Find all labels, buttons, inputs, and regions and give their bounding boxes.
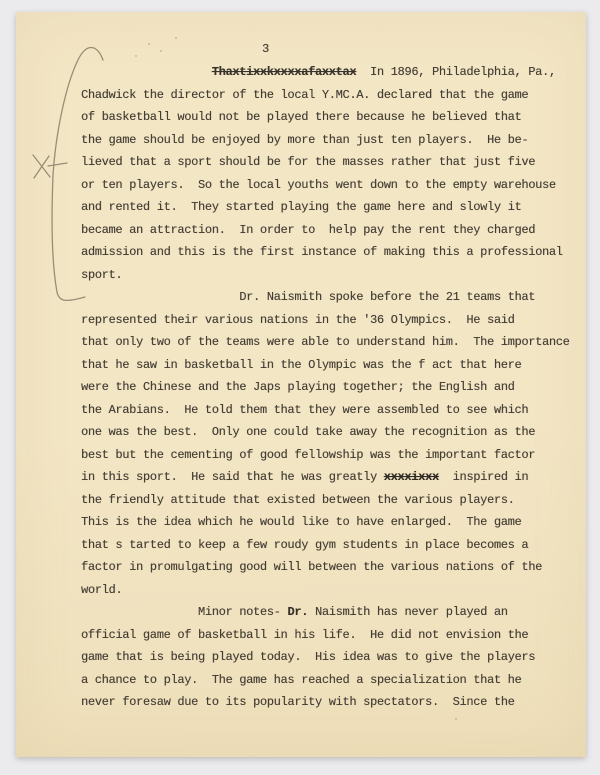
typed-segment: the Arabians. He told them that they wer… — [81, 403, 528, 417]
typed-line: sport. — [81, 264, 581, 287]
typed-segment: sport. — [81, 268, 122, 282]
paper-speck — [175, 37, 177, 39]
typed-segment: world. — [81, 583, 122, 597]
typed-segment: represented their various nations in the… — [81, 313, 515, 327]
typed-segment: factor in promulgating good will between… — [81, 560, 542, 574]
typed-line: that he saw in basketball in the Olympic… — [81, 354, 581, 377]
typed-segment: Chadwick the director of the local Y.MC.… — [81, 88, 528, 102]
typed-line: This is the idea which he would like to … — [81, 511, 581, 534]
typed-line: one was the best. Only one could take aw… — [81, 421, 581, 444]
typed-segment: best but the cementing of good fellowshi… — [81, 448, 535, 462]
typed-segment: lieved that a sport should be for the ma… — [81, 155, 535, 169]
paper-speck — [455, 718, 457, 720]
typed-line: lieved that a sport should be for the ma… — [81, 151, 581, 174]
typed-line: a chance to play. The game has reached a… — [81, 669, 581, 692]
typed-segment: of basketball would not be played there … — [81, 110, 521, 124]
typed-line: or ten players. So the local youths went… — [81, 174, 581, 197]
typed-segment: game that is being played today. His ide… — [81, 650, 535, 664]
paper-speck — [135, 55, 137, 57]
x-mark-tick — [48, 163, 67, 166]
typed-line: became an attraction. In order to help p… — [81, 219, 581, 242]
typed-segment-strike: Thaxtixxkxxxxafaxxtax — [212, 65, 357, 79]
typed-line: Thaxtixxkxxxxafaxxtax In 1896, Philadelp… — [81, 61, 581, 84]
typed-segment: never foresaw due to its popularity with… — [81, 695, 515, 709]
typed-segment: inspired in — [439, 470, 528, 484]
typed-segment: one was the best. Only one could take aw… — [81, 425, 535, 439]
typed-line: the Arabians. He told them that they wer… — [81, 399, 581, 422]
typed-line: game that is being played today. His ide… — [81, 646, 581, 669]
typed-segment: that s tarted to keep a few roudy gym st… — [81, 538, 528, 552]
paper-speck — [160, 50, 162, 52]
typed-line: of basketball would not be played there … — [81, 106, 581, 129]
typed-line: Chadwick the director of the local Y.MC.… — [81, 84, 581, 107]
typed-segment: the friendly attitude that existed betwe… — [81, 493, 515, 507]
typed-line: never foresaw due to its popularity with… — [81, 691, 581, 714]
typed-segment: This is the idea which he would like to … — [81, 515, 521, 529]
typed-line: in this sport. He said that he was great… — [81, 466, 581, 489]
typed-line: that only two of the teams were able to … — [81, 331, 581, 354]
typed-line: that s tarted to keep a few roudy gym st… — [81, 534, 581, 557]
x-mark-stroke-2 — [34, 156, 49, 178]
typed-segment: were the Chinese and the Japs playing to… — [81, 380, 515, 394]
typed-segment: that he saw in basketball in the Olympic… — [81, 358, 521, 372]
typed-line: admission and this is the first instance… — [81, 241, 581, 264]
typed-line: official game of basketball in his life.… — [81, 624, 581, 647]
typed-segment: or ten players. So the local youths went… — [81, 178, 556, 192]
typed-segment: became an attraction. In order to help p… — [81, 223, 535, 237]
typed-segment-xover: xxxxixxx — [384, 470, 439, 484]
typed-text-block: Thaxtixxkxxxxafaxxtax In 1896, Philadelp… — [81, 61, 581, 714]
typed-segment: Dr. Naismith spoke before the 21 teams t… — [239, 290, 535, 304]
document-page: 3 Thaxtixxkxxxxafaxxtax In 1896, Philade… — [16, 12, 586, 757]
typed-line: and rented it. They started playing the … — [81, 196, 581, 219]
typed-line: factor in promulgating good will between… — [81, 556, 581, 579]
typed-segment: the game should be enjoyed by more than … — [81, 133, 528, 147]
typed-line: were the Chinese and the Japs playing to… — [81, 376, 581, 399]
typed-segment: that only two of the teams were able to … — [81, 335, 570, 349]
typed-segment: admission and this is the first instance… — [81, 245, 563, 259]
typed-line: Dr. Naismith spoke before the 21 teams t… — [81, 286, 581, 309]
typed-line: best but the cementing of good fellowshi… — [81, 444, 581, 467]
typed-segment: and rented it. They started playing the … — [81, 200, 521, 214]
typed-segment: Minor notes- — [198, 605, 287, 619]
typed-line: Minor notes- Dr. Naismith has never play… — [81, 601, 581, 624]
paper-speck — [148, 43, 150, 45]
scan-background: 3 Thaxtixxkxxxxafaxxtax In 1896, Philade… — [0, 0, 600, 775]
typed-line: world. — [81, 579, 581, 602]
page-number: 3 — [262, 42, 269, 56]
typed-line: the game should be enjoyed by more than … — [81, 129, 581, 152]
x-mark-stroke-1 — [33, 155, 50, 177]
typed-segment: official game of basketball in his life.… — [81, 628, 528, 642]
typed-line: represented their various nations in the… — [81, 309, 581, 332]
typed-segment-bold: Dr. — [287, 605, 308, 619]
typed-segment: In 1896, Philadelphia, Pa., — [356, 65, 556, 79]
typed-segment: Naismith has never played an — [308, 605, 508, 619]
typed-segment: a chance to play. The game has reached a… — [81, 673, 521, 687]
typed-line: the friendly attitude that existed betwe… — [81, 489, 581, 512]
typed-segment: in this sport. He said that he was great… — [81, 470, 384, 484]
